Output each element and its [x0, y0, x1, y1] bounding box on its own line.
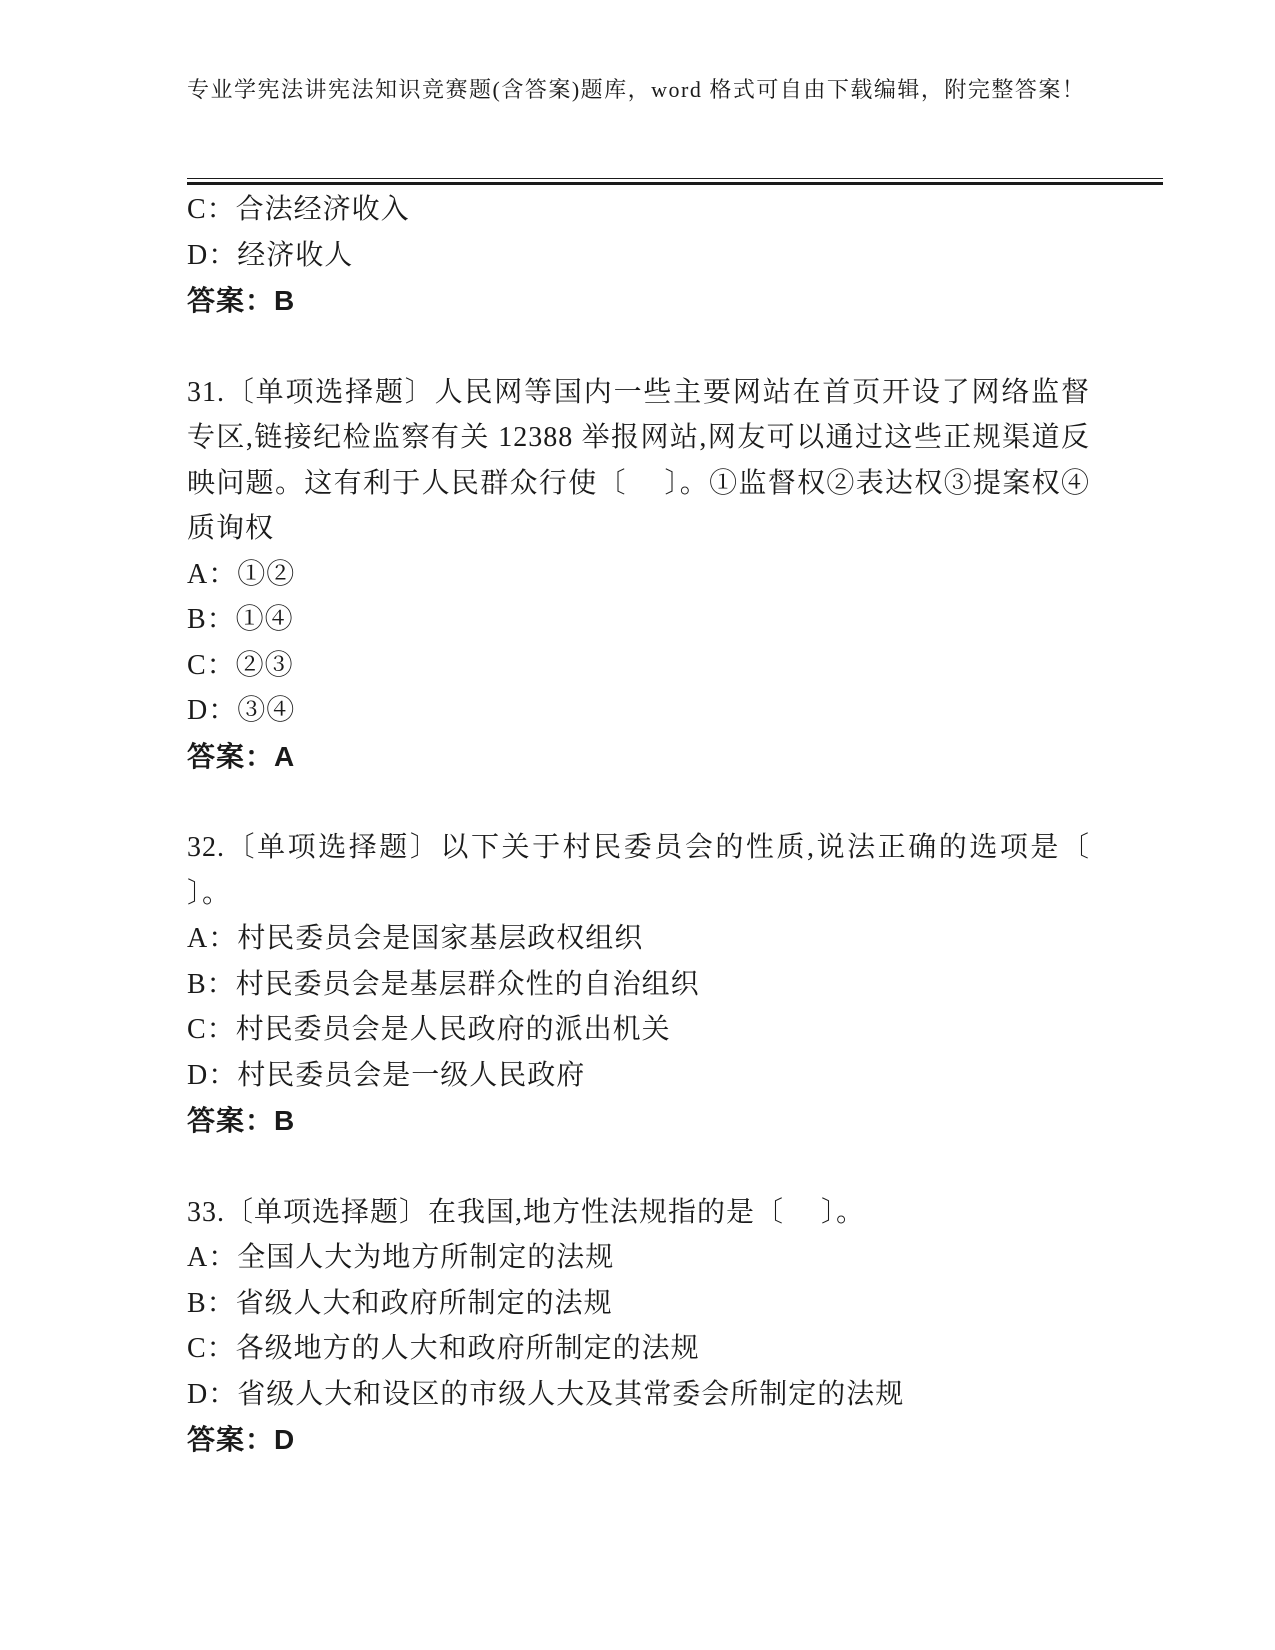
option-line-b: B：村民委员会是基层群众性的自治组织	[187, 962, 1090, 1008]
option-line-c: C：各级地方的人大和政府所制定的法规	[187, 1326, 1090, 1372]
option-line-a: A：全国人大为地方所制定的法规	[187, 1235, 1090, 1281]
answer-line: 答案：B	[187, 1098, 1090, 1144]
option-line-c: C：②③	[187, 643, 1090, 689]
option-line-b: B：省级人大和政府所制定的法规	[187, 1281, 1090, 1327]
answer-line: 答案：D	[187, 1417, 1090, 1463]
document-body: C：合法经济收入 D：经济收人 答案：B 31.〔单项选择题〕人民网等国内一些主…	[187, 187, 1090, 1463]
question-block-33: 33.〔单项选择题〕在我国,地方性法规指的是〔 〕。 A：全国人大为地方所制定的…	[187, 1190, 1090, 1463]
option-line-d: D：村民委员会是一级人民政府	[187, 1053, 1090, 1099]
question-block-31: 31.〔单项选择题〕人民网等国内一些主要网站在首页开设了网络监督专区,链接纪检监…	[187, 370, 1090, 780]
option-line-d: D：经济收人	[187, 233, 1090, 279]
question-text: 31.〔单项选择题〕人民网等国内一些主要网站在首页开设了网络监督专区,链接纪检监…	[187, 370, 1090, 552]
option-line-d: D：省级人大和设区的市级人大及其常委会所制定的法规	[187, 1372, 1090, 1418]
header-double-rule	[187, 178, 1163, 185]
option-line-c: C：合法经济收入	[187, 187, 1090, 233]
option-line-c: C：村民委员会是人民政府的派出机关	[187, 1007, 1090, 1053]
option-line-a: A：村民委员会是国家基层政权组织	[187, 916, 1090, 962]
answer-line: 答案：B	[187, 278, 1090, 324]
option-line-a: A：①②	[187, 552, 1090, 598]
option-line-d: D：③④	[187, 688, 1090, 734]
carryover-question-block: C：合法经济收入 D：经济收人 答案：B	[187, 187, 1090, 324]
document-page: 专业学宪法讲宪法知识竞赛题(含答案)题库，word 格式可自由下载编辑，附完整答…	[0, 0, 1275, 1650]
question-text: 33.〔单项选择题〕在我国,地方性法规指的是〔 〕。	[187, 1190, 1090, 1236]
question-block-32: 32.〔单项选择题〕以下关于村民委员会的性质,说法正确的选项是〔 〕。 A：村民…	[187, 825, 1090, 1144]
answer-line: 答案：A	[187, 734, 1090, 780]
page-header-text: 专业学宪法讲宪法知识竞赛题(含答案)题库，word 格式可自由下载编辑，附完整答…	[187, 75, 1090, 105]
option-line-b: B：①④	[187, 597, 1090, 643]
question-text: 32.〔单项选择题〕以下关于村民委员会的性质,说法正确的选项是〔 〕。	[187, 825, 1090, 916]
